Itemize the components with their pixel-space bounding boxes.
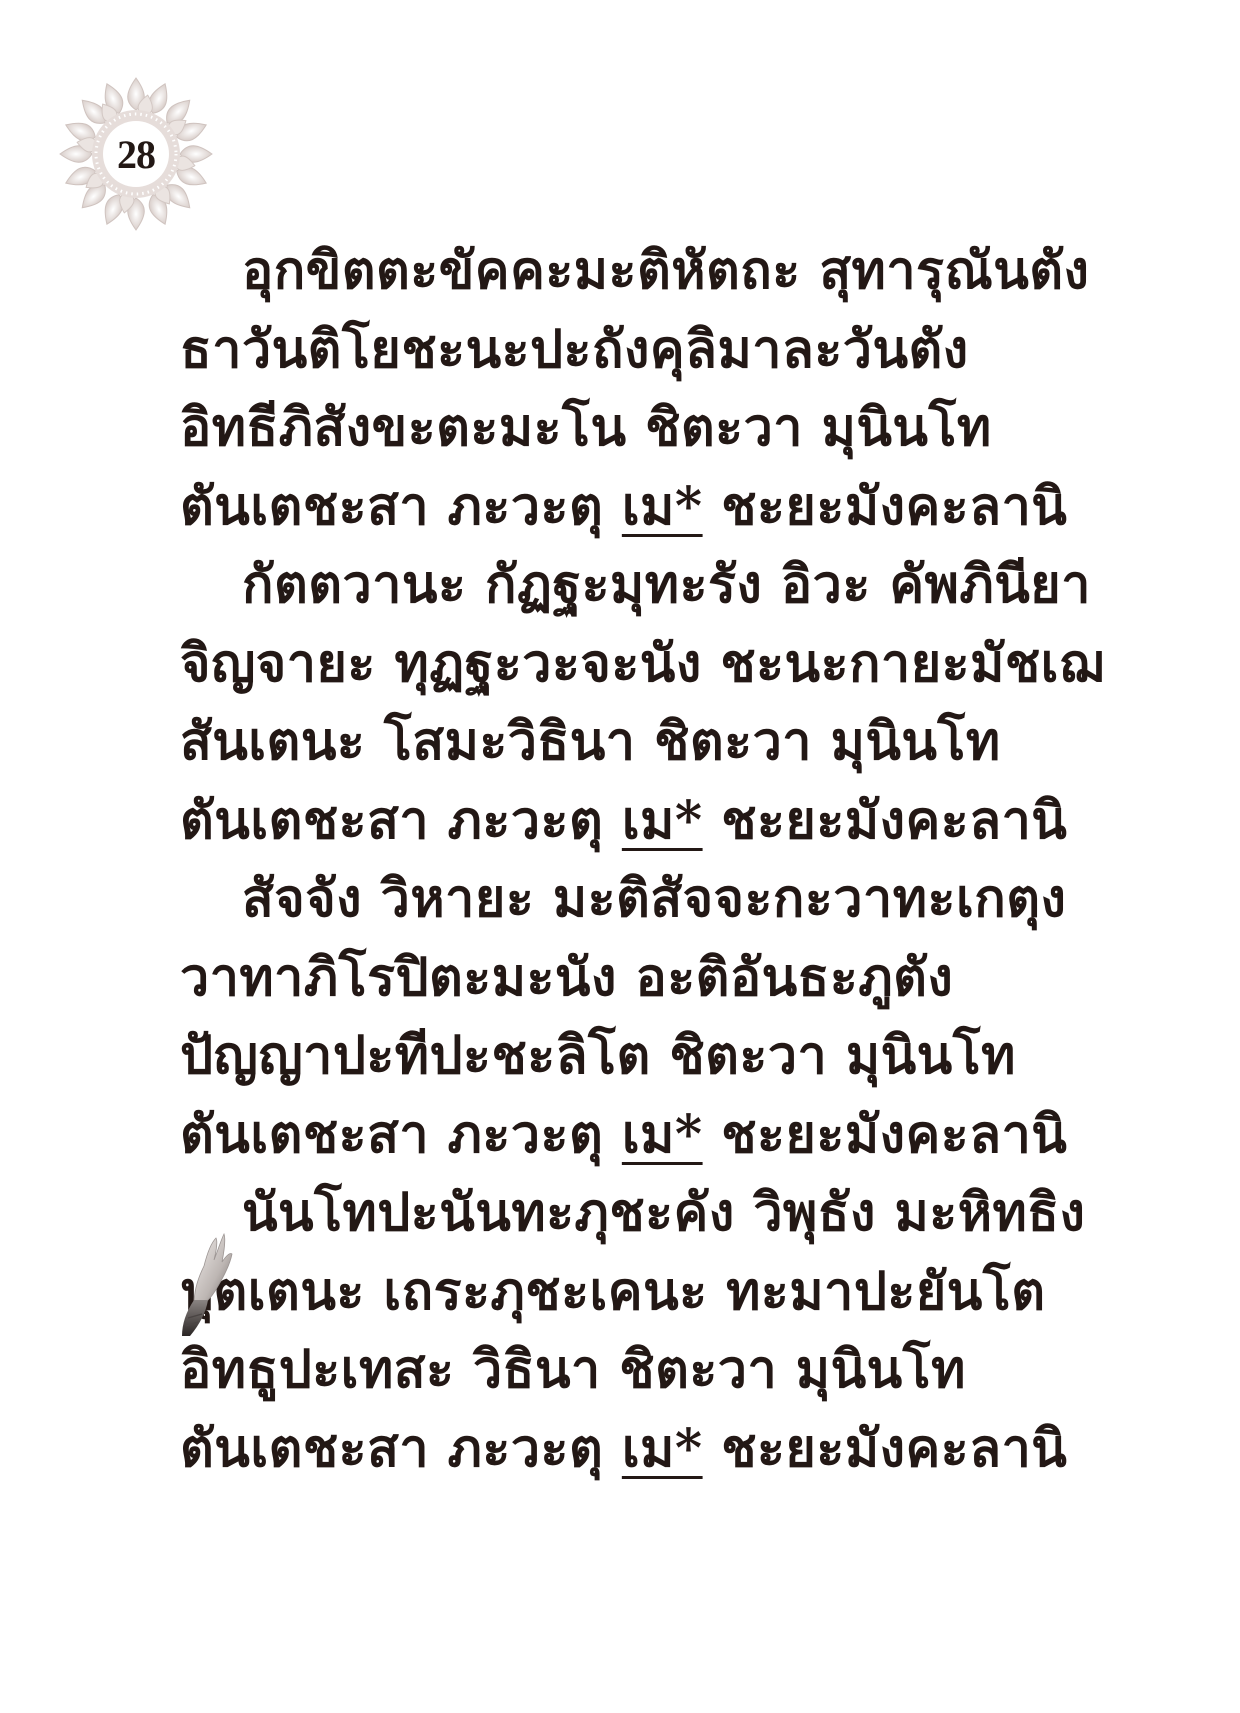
chant-line: ธาวันติโยชะนะปะถังคุลิมาละวันตัง	[180, 311, 1180, 390]
page-number: 28	[58, 76, 214, 232]
chant-line: อุกขิตตะขัคคะมะติหัตถะ สุทารุณันตัง	[180, 232, 1180, 311]
chant-line: อิทธีภิสังขะตะมะโน ชิตะวา มุนินโท	[180, 389, 1180, 468]
chant-line: นันโทปะนันทะภุชะคัง วิพุธัง มะหิทธิง	[180, 1174, 1180, 1253]
chant-line: สัจจัง วิหายะ มะติสัจจะกะวาทะเกตุง	[180, 860, 1180, 939]
chant-line: จิญจายะ ทุฏฐะวะจะนัง ชะนะกายะมัชเฌ	[180, 625, 1180, 704]
raised-hand-icon	[180, 1232, 238, 1337]
chant-line: กัตตวานะ กัฏฐะมุทะรัง อิวะ คัพภินียา	[180, 546, 1180, 625]
underlined-me-mark: เม*	[622, 476, 703, 537]
chant-line: ปุตเตนะ เถระภุชะเคนะ ทะมาปะยันโต	[180, 1253, 1180, 1332]
page-number-rosette: 28	[58, 76, 214, 232]
chant-line: อิทธูปะเทสะ วิธินา ชิตะวา มุนินโท	[180, 1331, 1180, 1410]
underlined-me-mark: เม*	[622, 1104, 703, 1165]
chant-refrain-line: ตันเตชะสา ภะวะตุ เม* ชะยะมังคะลานิ	[180, 1096, 1180, 1175]
chant-refrain-line: ตันเตชะสา ภะวะตุ เม* ชะยะมังคะลานิ	[180, 1410, 1180, 1489]
chant-line: สันเตนะ โสมะวิธินา ชิตะวา มุนินโท	[180, 703, 1180, 782]
chant-refrain-line: ตันเตชะสา ภะวะตุ เม* ชะยะมังคะลานิ	[180, 782, 1180, 861]
chant-refrain-line: ตันเตชะสา ภะวะตุ เม* ชะยะมังคะลานิ	[180, 468, 1180, 547]
chant-line: วาทาภิโรปิตะมะนัง อะติอันธะภูตัง	[180, 939, 1180, 1018]
chant-line: ปัญญาปะทีปะชะลิโต ชิตะวา มุนินโท	[180, 1017, 1180, 1096]
chant-text: อุกขิตตะขัคคะมะติหัตถะ สุทารุณันตัง ธาวั…	[180, 232, 1180, 1488]
underlined-me-mark: เม*	[622, 790, 703, 851]
underlined-me-mark: เม*	[622, 1418, 703, 1479]
